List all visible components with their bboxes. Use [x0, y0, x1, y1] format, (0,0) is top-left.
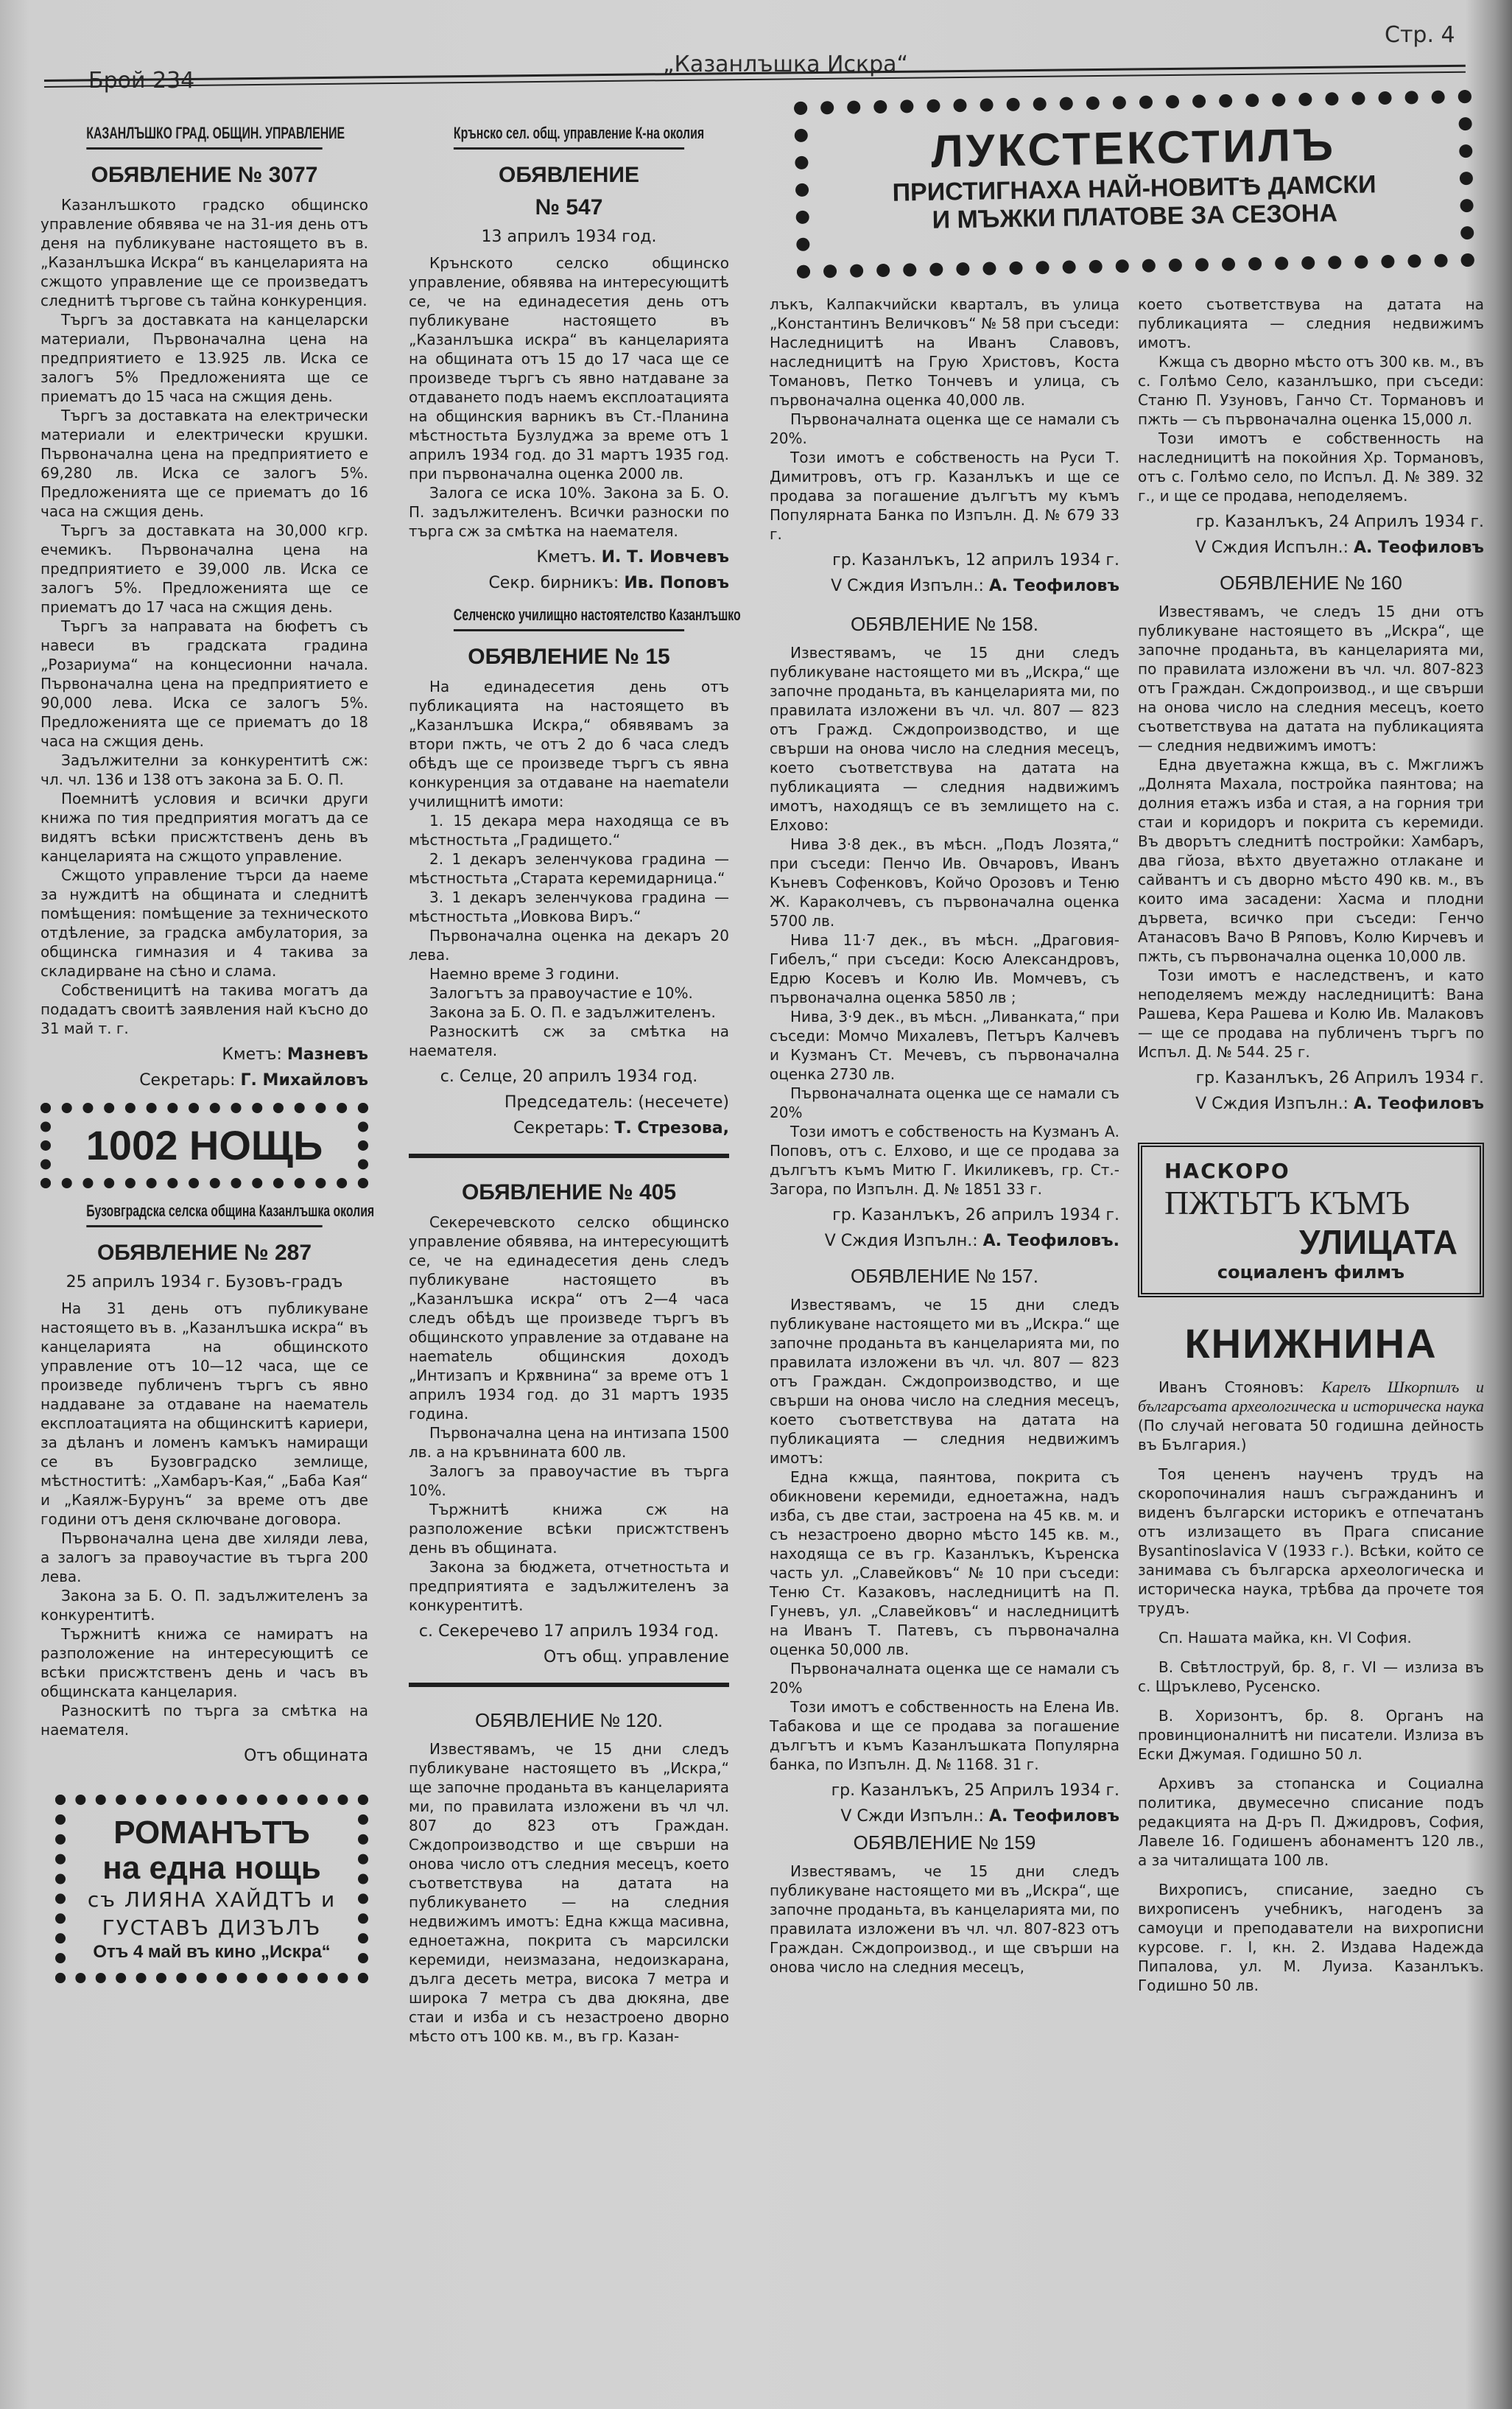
ad-film-title2: УЛИЦАТА	[1164, 1222, 1458, 1262]
paragraph: 2. 1 декаръ зеленчукова градина — мѣстно…	[409, 849, 729, 888]
signature-chair: Председатель: (несечете)	[409, 1093, 729, 1112]
signature-name: Ив. Поповъ	[624, 574, 729, 592]
paragraph: Тържнитѣ книжа сж на разположение всѣки …	[409, 1500, 729, 1557]
place-date: с. Секеречево 17 априлъ 1934 год.	[409, 1622, 729, 1641]
paragraph: Този имотъ е собственность на Елена Ив. …	[770, 1697, 1119, 1774]
signature-name: Г. Михайловъ	[241, 1071, 368, 1090]
paragraph: Първоначална оценка на декаръ 20 лева.	[409, 926, 729, 964]
signature-name: А. Теофиловъ	[1354, 539, 1484, 557]
paragraph: Нива 11·7 дек., въ мѣсн. „Драговия-Гибел…	[770, 930, 1119, 1007]
paragraph: На 31 день отъ публикуване настоящето въ…	[41, 1299, 368, 1529]
paragraph: Закона за Б. О. П. задължителенъ за конк…	[41, 1586, 368, 1624]
paragraph: Известявамъ, че 15 дни следъ публикуване…	[770, 643, 1119, 835]
ad-film-title1: ПЖТЬТЪ КЪМЪ	[1164, 1183, 1458, 1222]
signature-mayor: Кметъ: Мазневъ	[41, 1045, 368, 1064]
place-date: гр. Казанлъкъ, 12 априлъ 1934 г.	[770, 551, 1119, 569]
signature-name: Т. Стрезова,	[614, 1119, 729, 1137]
department-heading: Селченско училищно настоятелство Казанлъ…	[454, 600, 684, 631]
place-date: гр. Казанлъкъ, 25 Априлъ 1934 г.	[770, 1781, 1119, 1800]
column-3: лъкъ, Калпакчийски кварталъ, въ улица „К…	[770, 295, 1119, 1977]
paragraph: Разноскитѣ по търга за смѣтка на наемате…	[41, 1701, 368, 1739]
paragraph: Нива 3·8 дек., въ мѣсн. „Подъ Лозята,“ п…	[770, 835, 1119, 930]
signature: Отъ общината	[41, 1747, 368, 1765]
signature-label: V Сждия Изпълн.:	[825, 1232, 978, 1250]
announcement-date: 13 априлъ 1934 год.	[409, 228, 729, 246]
paragraph: Известявамъ, че 15 дни следъ публикуване…	[770, 1295, 1119, 1468]
column-1: КАЗАНЛЪШКО ГРАД. ОБЩИН. УПРАВЛЕНИЕ ОБЯВЛ…	[41, 111, 368, 1983]
ad-roman-line2: на една нощь	[73, 1851, 351, 1886]
section-heading-books: КНИЖНИНА	[1138, 1319, 1484, 1367]
signature-secretary: Секретарь: Г. Михайловъ	[41, 1071, 368, 1090]
signature-judge: V Сждия Изпълн.: А. Теофиловъ	[770, 577, 1119, 595]
paragraph: Нива, 3·9 дек., въ мѣсн. „Ливанката,“ пр…	[770, 1007, 1119, 1084]
paragraph: Този имотъ е собственость на Кузманъ А. …	[770, 1122, 1119, 1199]
signature-name: А. Теофиловъ	[989, 577, 1119, 595]
page-number: Стр. 4	[1385, 22, 1455, 48]
paragraph: Залога се иска 10%. Закона за Б. О. П. з…	[409, 483, 729, 541]
signature-name: И. Т. Иовчевъ	[602, 548, 729, 567]
column-4: което съответствува на датата на публика…	[1138, 295, 1484, 2005]
periodical-entry: В. Свѣтлоструй, бр. 8, г. VI — излиза въ…	[1138, 1658, 1484, 1696]
newspaper-page: Брой 234 „Казанлъшка Искра“ Стр. 4 ЛУКСТ…	[0, 0, 1512, 2409]
place-date: с. Селце, 20 априлъ 1934 год.	[409, 1067, 729, 1086]
department-heading: КАЗАНЛЪШКО ГРАД. ОБЩИН. УПРАВЛЕНИЕ	[86, 118, 322, 150]
paragraph: Търгъ за доставката на електрически мате…	[41, 406, 368, 521]
book-author: Иванъ Стояновъ:	[1158, 1378, 1304, 1396]
signature-name: А. Теофиловъ.	[983, 1232, 1119, 1250]
signature-label: Кметъ:	[222, 1045, 282, 1064]
signature-name: Мазневъ	[287, 1045, 368, 1064]
signature-judge: V Сжди Изпълн.: А. Теофиловъ	[770, 1807, 1119, 1826]
ad-film-genre: социаленъ филмъ	[1164, 1262, 1458, 1283]
paragraph: Този имотъ е собственость на Руси Т. Дим…	[770, 448, 1119, 544]
periodical-entry: Архивъ за стопанска и Социална политика,…	[1138, 1774, 1484, 1870]
section-divider	[409, 1683, 729, 1693]
paragraph: Поемнитѣ условия и всички други книжа по…	[41, 789, 368, 866]
paragraph: Търгъ за доставката на канцеларски матер…	[41, 310, 368, 406]
department-heading: Крънско сел. общ. управление К-на околия	[454, 118, 684, 150]
place-date: гр. Казанлъкъ, 26 Априлъ 1934 г.	[1138, 1069, 1484, 1087]
ad-roman-line5: Отъ 4 май въ кино „Искра“	[73, 1942, 351, 1963]
paragraph: Една двуетажна кжща, въ с. Мжглижъ „Долн…	[1138, 755, 1484, 966]
paragraph: Залогъ за правоучастие въ търга 10%.	[409, 1462, 729, 1500]
paragraph: Този имотъ е собственность на наследници…	[1138, 429, 1484, 505]
ad-roman-line3: съ ЛИЯНА ХАЙДТЪ и	[73, 1886, 351, 1914]
announcement-title: ОБЯВЛЕНИЕ № 157.	[770, 1265, 1119, 1288]
signature-judge: V Сждия Испълн.: А. Теофиловъ	[1138, 539, 1484, 557]
paragraph: Първоначалната оценка ще се намали съ 20…	[770, 410, 1119, 448]
announcement-title: ОБЯВЛЕНИЕ № 287	[41, 1241, 368, 1266]
signature-name: А. Теофиловъ	[989, 1807, 1119, 1826]
paragraph: 1. 15 декара мера находяща се въ мѣстнос…	[409, 811, 729, 849]
announcement-title: ОБЯВЛЕНИЕ № 160	[1138, 572, 1484, 595]
signature-label: V Сжди Изпълн.:	[840, 1807, 984, 1826]
paragraph: Една кжща, паянтова, покрита съ обикнове…	[770, 1468, 1119, 1659]
ad-film-romance: РОМАНЪТЪ на една нощь съ ЛИЯНА ХАЙДТЪ и …	[55, 1795, 368, 1983]
signature-name: А. Теофиловъ	[1354, 1095, 1484, 1113]
place-date: гр. Казанлъкъ, 24 Априлъ 1934 г.	[1138, 513, 1484, 531]
paragraph: Тържнитѣ книжа се намиратъ на разположен…	[41, 1624, 368, 1701]
paragraph: Закона за Б. О. П. е задължителенъ.	[409, 1003, 729, 1022]
announcement-title: ОБЯВЛЕНИЕ № 15	[409, 645, 729, 670]
book-note: (По случай неговата 50 годишна дейность …	[1138, 1417, 1484, 1454]
paragraph: Закона за бюджета, отчетностьта и предпр…	[409, 1557, 729, 1615]
ad-film-soon: НАСКОРО	[1164, 1159, 1458, 1183]
paragraph: Този имотъ е наследственъ, и като неподе…	[1138, 966, 1484, 1062]
department-heading: Бузовградска селска община Казанлъшка ок…	[86, 1196, 322, 1227]
paragraph: Първоначалната оценка ще се намали съ 20…	[770, 1084, 1119, 1122]
signature-label: Секр. бирникъ:	[488, 574, 619, 592]
announcement-number: № 547	[409, 195, 729, 220]
paragraph: 3. 1 декаръ зеленчукова градина — мѣстно…	[409, 888, 729, 926]
paragraph: Залогътъ за правоучастие е 10%.	[409, 983, 729, 1003]
ad-roman-line1: РОМАНЪТЪ	[73, 1815, 351, 1851]
signature-label: V Сждия Изпълн.:	[831, 577, 984, 595]
paragraph: Търгъ за доставката на 30,000 кгр. ечеми…	[41, 521, 368, 617]
signature-label: V Сждия Изпълн.:	[1195, 1095, 1349, 1113]
paragraph: Първоначална цена на интизапа 1500 лв. а…	[409, 1423, 729, 1462]
signature-mayor: Кметъ. И. Т. Иовчевъ	[409, 548, 729, 567]
paragraph: Известявамъ, че следъ 15 дни отъ публику…	[1138, 602, 1484, 755]
signature-judge: V Сждия Изпълн.: А. Теофиловъ.	[770, 1232, 1119, 1250]
announcement-title: ОБЯВЛЕНИЕ № 158.	[770, 613, 1119, 636]
place-date: гр. Казанлъкъ, 26 априлъ 1934 г.	[770, 1206, 1119, 1224]
announcement-title: ОБЯВЛЕНИЕ № 120.	[409, 1709, 729, 1732]
periodical-entry: Вихрописъ, списание, заедно съ вихрописе…	[1138, 1880, 1484, 1995]
signature-label: V Сждия Испълн.:	[1195, 539, 1349, 557]
signature-label: Председатель:	[504, 1093, 633, 1112]
signature-label: Секретарь:	[513, 1119, 609, 1137]
paragraph: което съответствува на датата на публика…	[1138, 295, 1484, 352]
signature-judge: V Сждия Изпълн.: А. Теофиловъ	[1138, 1095, 1484, 1113]
paragraph: Първоначална цена две хиляди лева, а зал…	[41, 1529, 368, 1586]
announcement-title: ОБЯВЛЕНИЕ № 405	[409, 1180, 729, 1205]
paragraph: Крънското селско общинско управление, об…	[409, 253, 729, 483]
paragraph: Собственицитѣ на такива могатъ да подада…	[41, 981, 368, 1038]
ad-luxtextil: ЛУКСТЕКСТИЛЪ ПРИСТИГНАХА НАЙ-НОВИТѢ ДАМС…	[794, 90, 1474, 278]
book-entry: Иванъ Стояновъ: Карелъ Шкорпилъ и българ…	[1138, 1378, 1484, 1454]
paragraph: Известявамъ, че 15 дни следъ публикуване…	[770, 1862, 1119, 1977]
ad-1002-title: 1002 НОЩЬ	[60, 1122, 349, 1169]
paragraph: лъкъ, Калпакчийски кварталъ, въ улица „К…	[770, 295, 1119, 410]
ad-roman-line4: ГУСТАВЪ ДИЗЪЛЪ	[73, 1914, 351, 1942]
signature-name: (несечете)	[638, 1093, 729, 1112]
book-description: Тоя цененъ наученъ трудъ на скоропочинал…	[1138, 1465, 1484, 1618]
signature-secretary: Секр. бирникъ: Ив. Поповъ	[409, 574, 729, 592]
announcement-title: ОБЯВЛЕНИЕ № 159	[770, 1831, 1119, 1854]
ad-1002-nights: 1002 НОЩЬ	[41, 1103, 368, 1188]
paragraph: Разноскитѣ сж за смѣтка на наемателя.	[409, 1022, 729, 1060]
paragraph: Казанлъшкото градско общинско управление…	[41, 195, 368, 310]
signature-label: Кметъ.	[537, 548, 597, 567]
announcement-date: 25 априлъ 1934 г. Бузовъ-градъ	[41, 1273, 368, 1291]
paragraph: Сжщото управление търси да наеме за нужд…	[41, 866, 368, 981]
paragraph: Наемно време 3 години.	[409, 964, 729, 983]
section-divider	[409, 1154, 729, 1164]
paragraph: Кжща съ дворно мѣсто отъ 300 кв. м., въ …	[1138, 352, 1484, 429]
ad-film-the-road: НАСКОРО ПЖТЬТЪ КЪМЪ УЛИЦАТА социаленъ фи…	[1138, 1143, 1484, 1297]
signature: Отъ общ. управление	[409, 1648, 729, 1666]
paragraph: Търгъ за направата на бюфетъ съ навеси в…	[41, 617, 368, 751]
announcement-title: ОБЯВЛЕНИЕ	[409, 163, 729, 188]
paragraph: Първоначалната оценка ще се намали съ 20…	[770, 1659, 1119, 1697]
signature-label: Секретарь:	[139, 1071, 235, 1090]
announcement-title: ОБЯВЛЕНИЕ № 3077	[41, 163, 368, 188]
column-2: Крънско сел. общ. управление К-на околия…	[409, 111, 729, 2046]
paragraph: Задължителни за конкурентитѣ сж: чл. чл.…	[41, 751, 368, 789]
paragraph: На единадесетия день отъ публикацията на…	[409, 677, 729, 811]
paragraph: Известявамъ, че 15 дни следъ публикуване…	[409, 1739, 729, 2046]
periodical-entry: Сп. Нашата майка, кн. VI София.	[1138, 1628, 1484, 1647]
signature-secretary: Секретарь: Т. Стрезова,	[409, 1119, 729, 1137]
periodical-entry: В. Хоризонтъ, бр. 8. Органъ на провинцио…	[1138, 1706, 1484, 1764]
paragraph: Секеречевското селско общинско управлени…	[409, 1213, 729, 1423]
